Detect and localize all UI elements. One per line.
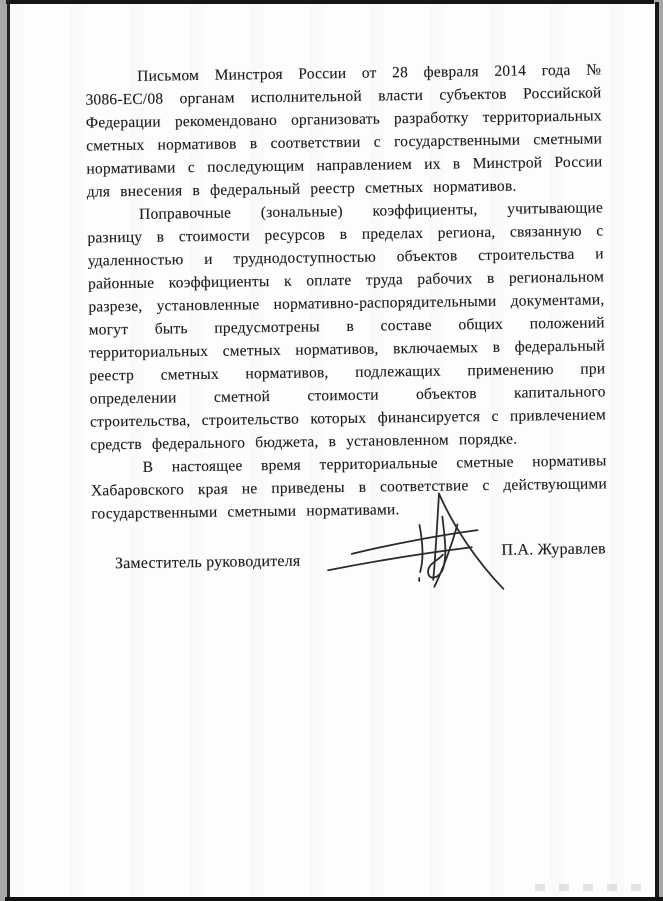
scan-edge-left <box>7 0 10 901</box>
letter-body: Письмом Минстроя России от 28 февраля 20… <box>85 58 609 637</box>
paragraph-2: Поправочные (зональные) коэффициенты, уч… <box>87 196 606 456</box>
scan-edge-right <box>655 2 659 901</box>
signer-name: П.А. Журавлев <box>501 540 606 559</box>
signer-title: Заместитель руководителя <box>115 553 301 574</box>
scan-smudge <box>535 884 645 891</box>
signature-icon <box>323 486 525 604</box>
scan-edge-bottom <box>5 897 663 901</box>
scan-edge-top <box>6 0 654 4</box>
paragraph-1: Письмом Минстроя России от 28 февраля 20… <box>85 58 603 203</box>
paper: Письмом Минстроя России от 28 февраля 20… <box>10 4 655 897</box>
signature-block: Заместитель руководителя П.А. Журавлев <box>92 534 609 637</box>
scan-background: Письмом Минстроя России от 28 февраля 20… <box>0 0 663 901</box>
